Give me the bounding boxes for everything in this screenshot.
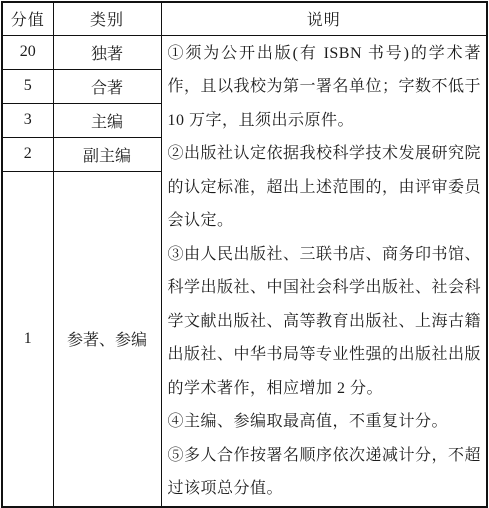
- scoring-table: 分值 类别 说明 20 独著 ①须为公开出版(有 ISBN 书号)的学术著作，且…: [1, 1, 488, 507]
- score-cell: 1: [2, 171, 53, 507]
- col-header-description: 说明: [161, 2, 487, 35]
- table-row: 20 独著 ①须为公开出版(有 ISBN 书号)的学术著作，且以我校为第一署名单…: [2, 35, 487, 69]
- table-header-row: 分值 类别 说明: [2, 2, 487, 35]
- category-cell: 独著: [53, 35, 161, 69]
- col-header-category: 类别: [53, 2, 161, 35]
- category-cell: 合著: [53, 69, 161, 103]
- category-cell: 参著、参编: [53, 171, 161, 507]
- category-cell: 主编: [53, 103, 161, 137]
- description-item-4: ④主编、参编取最高值，不重复计分。: [168, 405, 482, 439]
- description-item-5: ⑤多人合作按署名顺序依次递减计分，不超过该项总分值。: [168, 439, 482, 506]
- description-item-1: ①须为公开出版(有 ISBN 书号)的学术著作，且以我校为第一署名单位；字数不低…: [168, 37, 482, 138]
- col-header-score: 分值: [2, 2, 53, 35]
- description-cell: ①须为公开出版(有 ISBN 书号)的学术著作，且以我校为第一署名单位；字数不低…: [161, 35, 487, 507]
- score-cell: 5: [2, 69, 53, 103]
- category-cell: 副主编: [53, 137, 161, 171]
- description-item-3: ③由人民出版社、三联书店、商务印书馆、科学出版社、中国社会科学出版社、社会科学文…: [168, 238, 482, 406]
- score-cell: 3: [2, 103, 53, 137]
- score-cell: 20: [2, 35, 53, 69]
- score-cell: 2: [2, 137, 53, 171]
- description-item-2: ②出版社认定依据我校科学技术发展研究院的认定标准，超出上述范围的，由评审委员会认…: [168, 137, 482, 238]
